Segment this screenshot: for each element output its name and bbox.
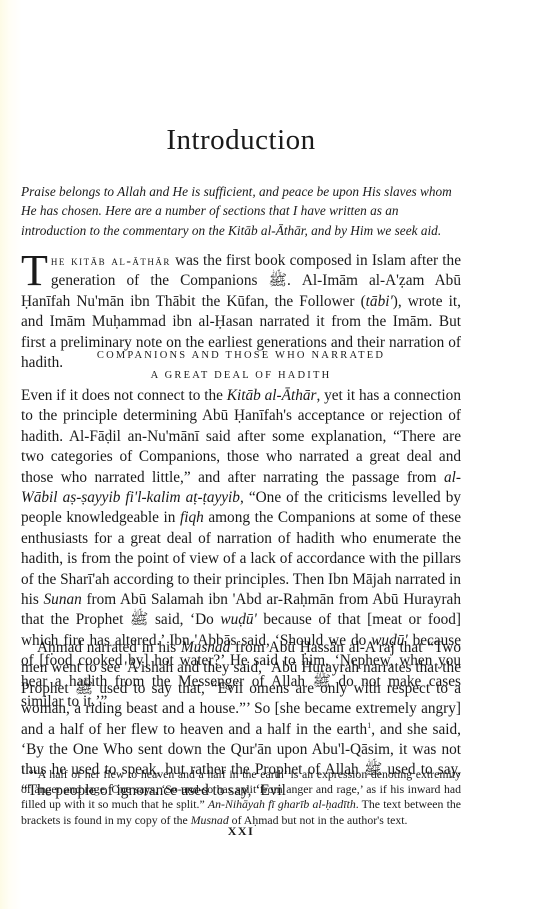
- term-tabi: tābi': [366, 293, 393, 310]
- text: Aḥmad narrated in his: [37, 639, 181, 656]
- book-title: An-Nihāyah fī gharīb al-ḥadīth: [208, 797, 356, 811]
- term-wudu: wuḍū': [220, 611, 256, 628]
- text: Even if it does not connect to the: [21, 387, 227, 404]
- page-number: XXI: [21, 824, 461, 839]
- section-heading: COMPANIONS AND THOSE WHO NARRATEDA GREAT…: [21, 346, 461, 386]
- term-fiqh: fiqh: [180, 509, 204, 526]
- preface-invocation: Praise belongs to Allah and He is suffic…: [21, 182, 461, 240]
- book-title: Kitāb al-Āthār: [227, 387, 317, 404]
- book-title: Sunan: [44, 591, 82, 608]
- footnote: 1 “‘A half of her flew to heaven and a h…: [21, 767, 461, 828]
- drop-cap: T: [21, 254, 48, 288]
- section-heading-line1: COMPANIONS AND THOSE WHO NARRATED: [97, 350, 385, 361]
- chapter-title: Introduction: [21, 124, 461, 157]
- section-heading-line2: A GREAT DEAL OF HADITH: [151, 370, 332, 381]
- book-title: Musnad: [181, 639, 230, 656]
- book-title-smallcaps: he kitāb al-āthār: [51, 253, 171, 268]
